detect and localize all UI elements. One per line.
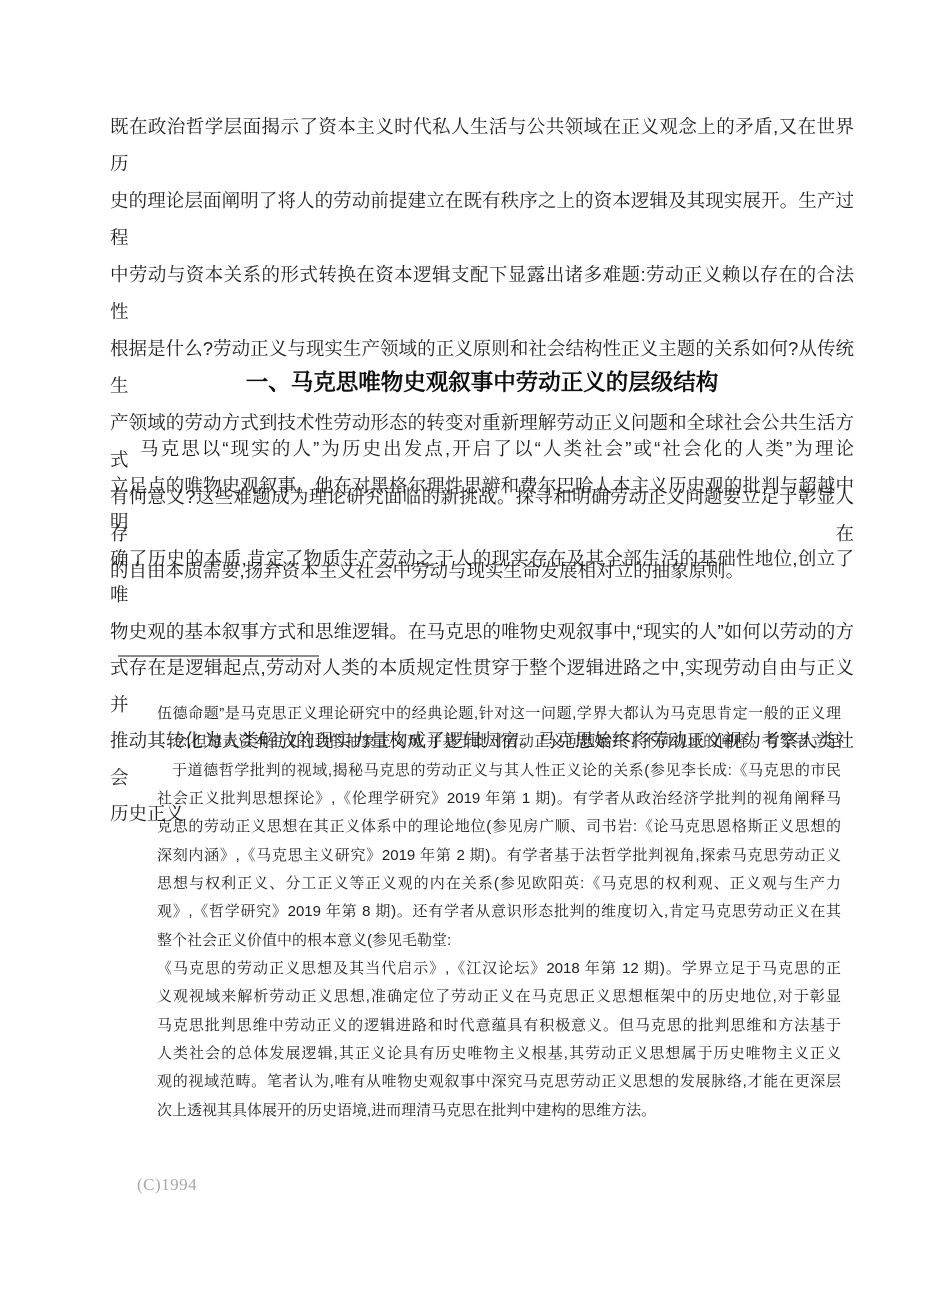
footnote-line: 伍德命题”是马克思正义理论研究中的经典论题,针对这一问题,学界大都认为马克思肯定… [157, 700, 841, 728]
para2-line: 马克思以“现实的人”为历史出发点,开启了以“人类社会”或“社会化的人类”为理论 [110, 431, 854, 468]
document-page: 既在政治哲学层面揭示了资本主义时代私人生活与公共领域在正义观念上的矛盾,又在世界… [0, 0, 950, 1312]
footnote-separator [118, 655, 319, 657]
copyright-watermark: (C)1994 [137, 1175, 197, 1195]
para2-line: 立足点的唯物史观叙事。他在对黑格尔理性思辨和费尔巴哈人本主义历史观的批判与超越中… [110, 468, 854, 541]
footnote-line: 于道德哲学批判的视域,揭秘马克思的劳动正义与其人性正义论的关系(参见李长成:《马… [172, 757, 841, 785]
footnote-line: 社会正义批判思想探论》,《伦理学研究》2019 年第 1 期)。有学者从政治经济… [157, 785, 841, 813]
footnote-line: 《马克思的劳动正义思想及其当代启示》,《江汉论坛》2018 年第 12 期)。学… [157, 955, 841, 983]
para2-line: 确了历史的本质,肯定了物质生产劳动之于人的现实存在及其全部生活的基础性地位,创立… [110, 541, 854, 614]
footnote-line: 义观视域来解析劳动正义思想,准确定位了劳动正义在马克思正义思想框架中的历史地位,… [157, 983, 841, 1011]
footnote-line: 次上透视其具体展开的历史语境,进而理清马克思在批判中建构的思维方法。 [157, 1097, 841, 1125]
footnote-line: 观的视域范畴。笔者认为,唯有从唯物史观叙事中深究马克思劳动正义思想的发展脉络,才… [157, 1068, 841, 1096]
footnote-line: 念,但谴责资本主义社会的抽象正义观,并基于此对劳动正义问题展开了不同视域的阐释。… [172, 728, 841, 756]
para1-line: 既在政治哲学层面揭示了资本主义时代私人生活与公共领域在正义观念上的矛盾,又在世界… [110, 108, 854, 182]
para1-line: 史的理论层面阐明了将人的劳动前提建立在既有秩序之上的资本逻辑及其现实展开。生产过… [110, 182, 854, 256]
footnote-line: 整个社会正义价值中的根本意义(参见毛勒堂: [157, 927, 841, 955]
para2-line: 物史观的基本叙事方式和思维逻辑。在马克思的唯物史观叙事中,“现实的人”如何以劳动… [110, 614, 854, 651]
footnote-line: 思想与权利正义、分工正义等正义观的内在关系(参见欧阳英:《马克思的权利观、正义观… [157, 870, 841, 898]
para1-line: 中劳动与资本关系的形式转换在资本逻辑支配下显露出诸多难题:劳动正义赖以存在的合法… [110, 256, 854, 330]
section-heading: 一、马克思唯物史观叙事中劳动正义的层级结构 [110, 367, 854, 399]
footnote-line: 深刻内涵》,《马克思主义研究》2019 年第 2 期)。有学者基于法哲学批判视角… [157, 842, 841, 870]
footnote-line: 马克思批判思维中劳动正义的逻辑进路和时代意蕴具有积极意义。但马克思的批判思维和方… [157, 1012, 841, 1040]
footnote-line: 人类社会的总体发展逻辑,其正义论具有历史唯物主义根基,其劳动正义思想属于历史唯物… [157, 1040, 841, 1068]
footnote-block: 伍德命题”是马克思正义理论研究中的经典论题,针对这一问题,学界大都认为马克思肯定… [157, 700, 841, 1125]
footnote-line: 观》,《哲学研究》2019 年第 8 期)。还有学者从意识形态批判的维度切入,肯… [157, 898, 841, 926]
footnote-line: 克思的劳动正义思想在其正义体系中的理论地位(参见房广顺、司书岩:《论马克思恩格斯… [157, 813, 841, 841]
